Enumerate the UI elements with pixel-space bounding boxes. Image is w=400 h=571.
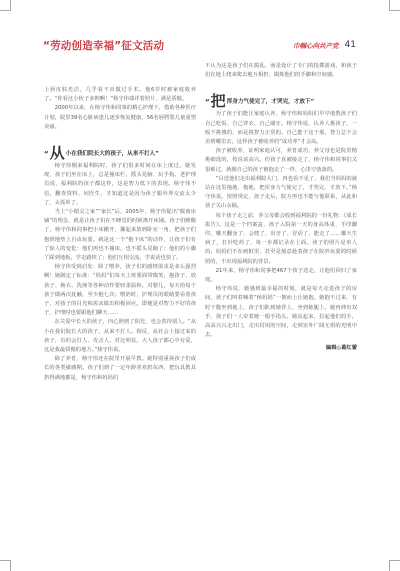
subheading-big-char: 把 bbox=[211, 94, 226, 108]
crop-mark-bottom-right bbox=[389, 560, 400, 571]
paragraph: 杨守伟受到启发：除了喂养，孩子们的感情需求是多么强烈啊！她制定了标准：“妈妈”们… bbox=[44, 263, 196, 318]
paragraph: 每个孩子走之前，养父母都会收到福利院的一份礼物：《成长报告》。这是一个档案盒，孩… bbox=[205, 212, 357, 267]
paragraph: 21年来，杨守伟和同事把467个孩子送走，让他们回归了家庭。 bbox=[205, 267, 357, 285]
subheading: “ 把 浑身力气使完了，才哭完，才放下” bbox=[205, 94, 357, 108]
subheading-text: 浑身力气使完了，才哭完，才放下” bbox=[227, 96, 315, 108]
paragraph: 不认为这是孩子们在捣乱，而是设计了专门的投掷游戏，和孩子们在地上爬来爬去地互相扔… bbox=[205, 62, 357, 80]
header-right: 巾帼心向共产党 41 bbox=[293, 40, 356, 50]
paragraph: 2000年以来，在杨守伟和同事的精心护理下，借助各种医疗计划，院里39名心脏病患… bbox=[44, 104, 196, 132]
left-column: 上唇皮肤光洁，几乎看不出做过手术。他6岁时被家庭收养了。“你看这小伙子多帅啊！”… bbox=[44, 86, 196, 383]
subheading-big-char: 从 bbox=[50, 146, 65, 160]
section-title: “劳动创造幸福”征文活动 bbox=[43, 38, 164, 53]
crop-mark-top-right bbox=[389, 0, 400, 11]
paragraph: 杨守伟刚来福利院时，孩子们很多时间在床上度过。她发现，孩子们坐在床上，总是撞床栏… bbox=[44, 162, 196, 208]
quote-mark: “ bbox=[205, 96, 210, 108]
column-name: 巾帼心向共产党 bbox=[293, 41, 339, 50]
subheading: “ 从 小在我们院长大的孩子，从来不打人” bbox=[44, 146, 196, 160]
paragraph: 除了养育，杨守伟还在院里开展早教。她特别重视孩子们成长的各类敏感期。孩子们到了一… bbox=[44, 355, 196, 383]
right-column: 不认为这是孩子们在捣乱，而是设计了专门的投掷游戏，和孩子们在地上爬来爬去地互相扔… bbox=[205, 62, 357, 354]
page-header: “劳动创造幸福”征文活动 巾帼心向共产党 41 bbox=[43, 38, 356, 54]
subheading-text: 小在我们院长大的孩子，从来不打人” bbox=[66, 148, 159, 160]
paragraph: “目送他们走出福利院大门，再也看不见了，我们当妈妈的就站在这里拖地、拖地，把浑身… bbox=[205, 175, 357, 212]
paragraph: 上唇皮肤光洁，几乎看不出做过手术。他6岁时被家庭收养了。“你看这小伙子多帅啊！”… bbox=[44, 86, 196, 104]
editor-credit: 编辑◎葛红蕾 bbox=[205, 344, 357, 353]
quote-mark: “ bbox=[44, 148, 49, 160]
crop-mark-bottom-left bbox=[0, 560, 11, 571]
paragraph: 在关爱中长大的孩子，内心照到了阳光，也会善待别人。“从小在我们院长大的孩子，从来… bbox=[44, 318, 196, 355]
paragraph: 杨守伟说，她感到最幸福的时刻，就是每天走进孩子的房间，孩子们叫着喊着“杨妈妈”一… bbox=[205, 285, 357, 340]
paragraph: 为了孩子们能让家庭认养，杨守伟和妈妈们早早地教孩子们自己吃饭、自己穿衣、自己刷牙… bbox=[205, 110, 357, 147]
paragraph: 当上“小精灵之家”“家长”后，2005年，杨守伟提出“脱离床铺”的理念，就是让孩… bbox=[44, 208, 196, 263]
page-number: 41 bbox=[345, 40, 356, 50]
paragraph: 孩子被收养，证明家庭认可，养育成功，养父母也是院里精挑细选的，按说该高兴。但孩子… bbox=[205, 147, 357, 175]
crop-mark-top-left bbox=[0, 0, 11, 11]
